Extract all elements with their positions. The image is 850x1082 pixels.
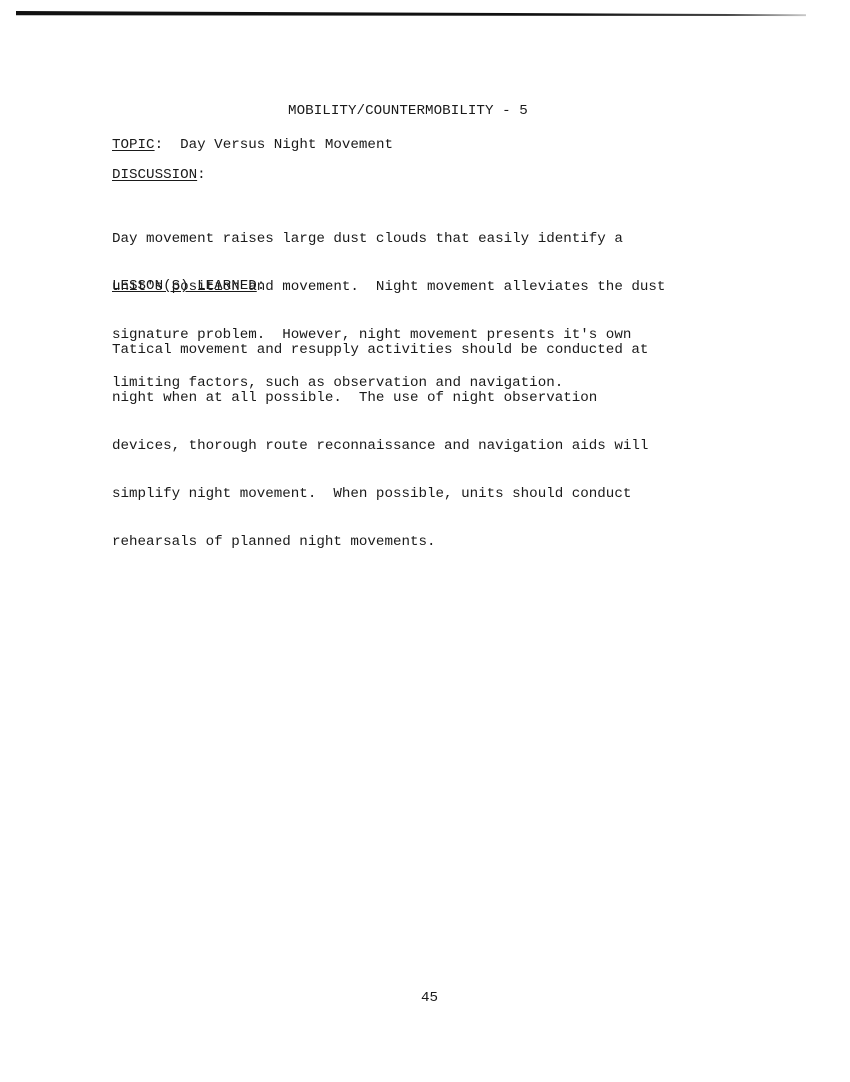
discussion-line: Day movement raises large dust clouds th… bbox=[112, 231, 665, 247]
lessons-learned-separator: : bbox=[257, 278, 266, 294]
lessons-line: simplify night movement. When possible, … bbox=[112, 486, 648, 502]
discussion-separator: : bbox=[197, 167, 206, 183]
topic-value: Day Versus Night Movement bbox=[180, 137, 393, 153]
discussion-heading: DISCUSSION: bbox=[112, 167, 206, 183]
scan-top-rule bbox=[16, 11, 806, 17]
topic-label: TOPIC bbox=[112, 137, 155, 153]
lessons-line: night when at all possible. The use of n… bbox=[112, 390, 648, 406]
topic-line: TOPIC: Day Versus Night Movement bbox=[112, 137, 393, 153]
topic-separator: : bbox=[155, 137, 164, 153]
section-heading: MOBILITY/COUNTERMOBILITY - 5 bbox=[288, 103, 528, 119]
lessons-line: Tatical movement and resupply activities… bbox=[112, 342, 648, 358]
lessons-learned-label: LESSON(S) LEARNED bbox=[112, 278, 257, 294]
lessons-learned-heading: LESSON(S) LEARNED: bbox=[112, 278, 265, 294]
page-number: 45 bbox=[421, 990, 438, 1006]
lessons-learned-paragraph: Tatical movement and resupply activities… bbox=[112, 310, 648, 582]
lessons-line: rehearsals of planned night movements. bbox=[112, 534, 648, 550]
discussion-label: DISCUSSION bbox=[112, 167, 197, 183]
lessons-line: devices, thorough route reconnaissance a… bbox=[112, 438, 648, 454]
